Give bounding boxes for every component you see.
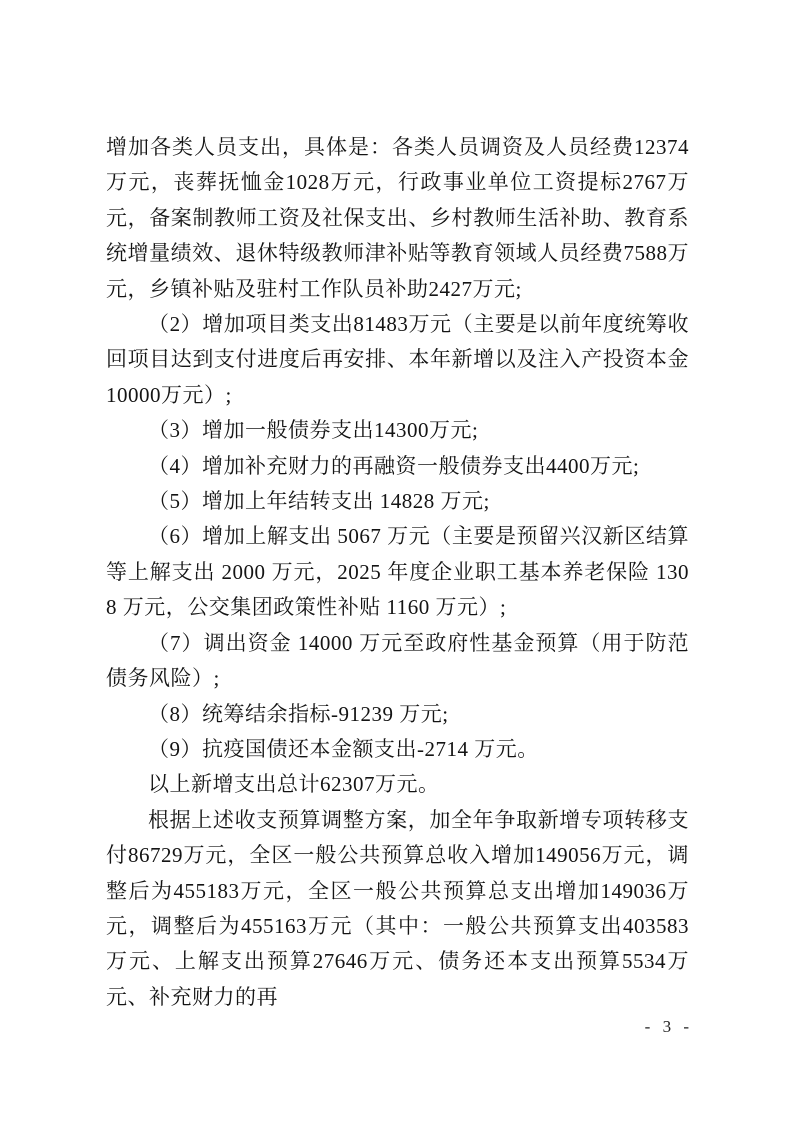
paragraph-item-3: （3）增加一般债券支出14300万元; <box>106 413 689 448</box>
paragraph-item-4: （4）增加补充财力的再融资一般债券支出4400万元; <box>106 449 689 484</box>
document-page: 增加各类人员支出，具体是：各类人员调资及人员经费12374万元，丧葬抚恤金102… <box>0 0 793 1122</box>
paragraph-summary: 根据上述收支预算调整方案，加全年争取新增专项转移支付86729万元，全区一般公共… <box>106 803 689 1015</box>
paragraph-item-7: （7）调出资金 14000 万元至政府性基金预算（用于防范债务风险）; <box>106 626 689 697</box>
document-body: 增加各类人员支出，具体是：各类人员调资及人员经费12374万元，丧葬抚恤金102… <box>106 130 689 1015</box>
paragraph-item-5: （5）增加上年结转支出 14828 万元; <box>106 484 689 519</box>
paragraph-item-9: （9）抗疫国债还本金额支出-2714 万元。 <box>106 732 689 767</box>
paragraph-item-6: （6）增加上解支出 5067 万元（主要是预留兴汉新区结算等上解支出 2000 … <box>106 519 689 625</box>
paragraph-continuation: 增加各类人员支出，具体是：各类人员调资及人员经费12374万元，丧葬抚恤金102… <box>106 130 689 307</box>
paragraph-total: 以上新增支出总计62307万元。 <box>106 767 689 802</box>
paragraph-item-2: （2）增加项目类支出81483万元（主要是以前年度统筹收回项目达到支付进度后再安… <box>106 307 689 413</box>
paragraph-item-8: （8）统筹结余指标-91239 万元; <box>106 697 689 732</box>
page-number: - 3 - <box>645 1017 693 1037</box>
